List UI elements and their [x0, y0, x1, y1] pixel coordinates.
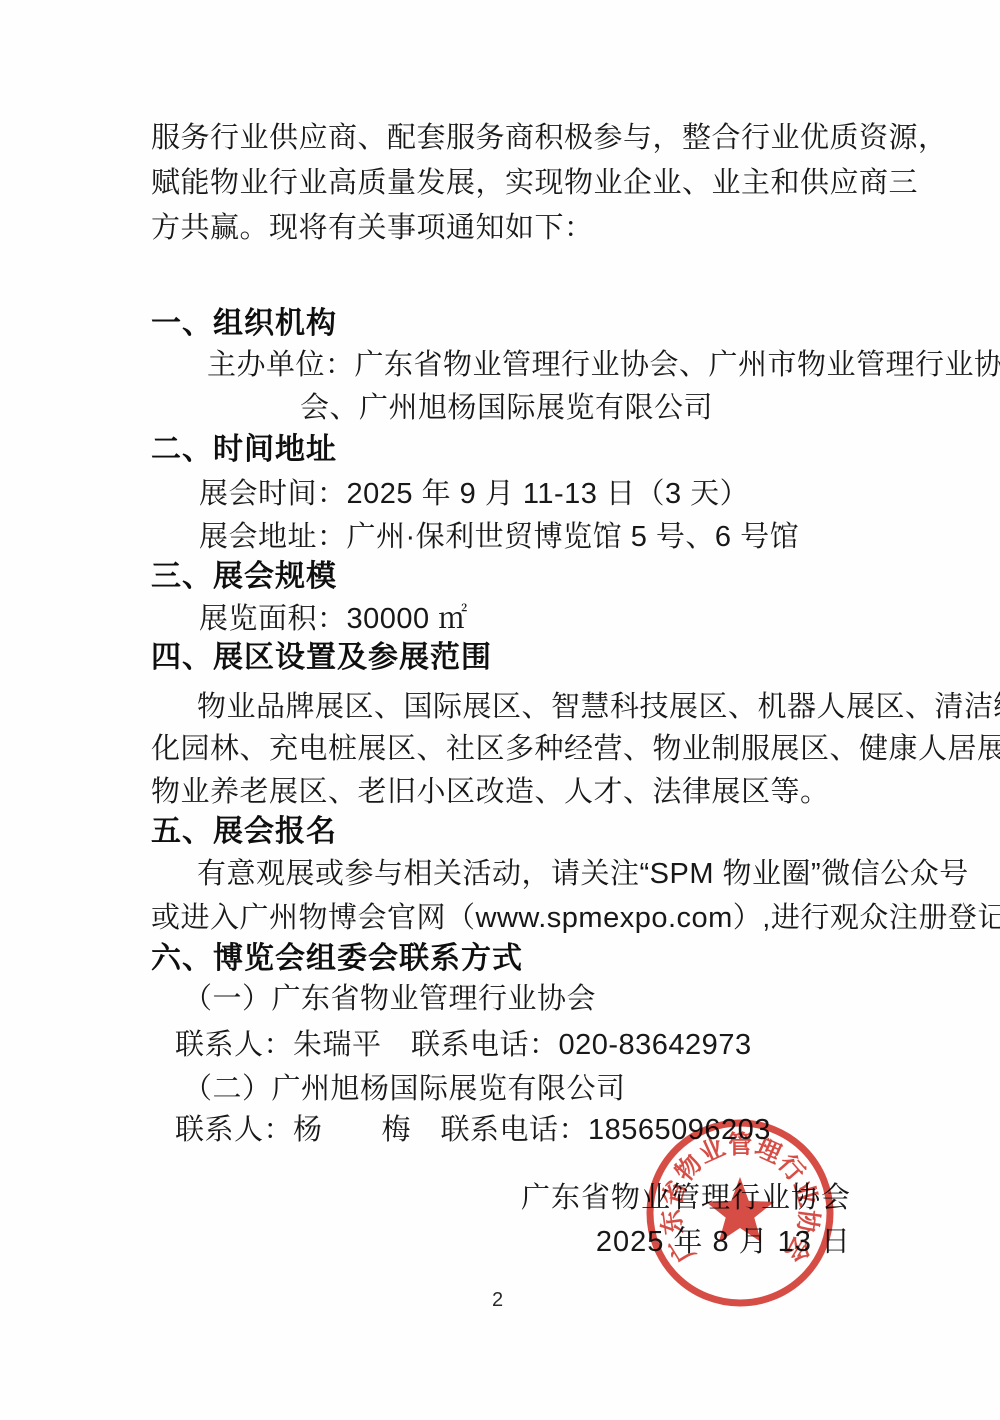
section-6-heading: 六、博览会组委会联系方式: [151, 941, 523, 977]
svg-text:东: 东: [657, 1208, 688, 1236]
contact-org-1-phone: 联系人：朱瑞平 联系电话：020-83642973: [175, 1028, 752, 1063]
section-4-heading: 四、展区设置及参展范围: [151, 640, 492, 676]
page-number: 2: [492, 1289, 503, 1312]
official-seal-stamp: 广东省物业管理行业协会: [643, 1112, 837, 1314]
contact-org-1: （一）广东省物业管理行业协会: [183, 982, 596, 1017]
section-5-heading: 五、展会报名: [151, 814, 337, 850]
expo-time-line: 展会时间：2025 年 9 月 11-13 日（3 天）: [199, 477, 749, 512]
section-3-heading: 三、展会规模: [151, 559, 337, 595]
section-1-line-1: 主办单位：广东省物业管理行业协会、广州市物业管理行业协: [207, 348, 1000, 383]
contact-org-2: （二）广州旭杨国际展览有限公司: [183, 1072, 626, 1107]
intro-line-1: 服务行业供应商、配套服务商积极参与，整合行业优质资源，: [151, 121, 948, 156]
expo-address-line: 展会地址：广州·保利世贸博览馆 5 号、6 号馆: [199, 520, 799, 555]
section-4-line-2: 化园林、充电桩展区、社区多种经营、物业制服展区、健康人居展区、: [151, 732, 1000, 767]
section-1-line-2: 会、广州旭杨国际展览有限公司: [300, 391, 713, 426]
intro-line-3: 方共赢。现将有关事项通知如下：: [151, 211, 594, 246]
section-5-line-2: 或进入广州物博会官网（www.spmexpo.com）,进行观众注册登记。: [151, 901, 1000, 936]
section-4-line-1: 物业品牌展区、国际展区、智慧科技展区、机器人展区、清洁绿: [197, 690, 1000, 725]
svg-text:管: 管: [727, 1130, 752, 1159]
section-1-heading: 一、组织机构: [151, 306, 337, 342]
svg-text:广: 广: [664, 1231, 701, 1267]
seal-star-icon: [706, 1177, 774, 1242]
document-page: 服务行业供应商、配套服务商积极参与，整合行业优质资源， 赋能物业行业高质量发展，…: [0, 0, 1000, 1420]
section-2-heading: 二、时间地址: [151, 432, 337, 468]
intro-line-2: 赋能物业行业高质量发展，实现物业企业、业主和供应商三: [151, 166, 918, 201]
expo-area-line: 展览面积：30000 ㎡: [199, 602, 468, 637]
section-4-line-3: 物业养老展区、老旧小区改造、人才、法律展区等。: [151, 775, 830, 810]
section-5-line-1: 有意观展或参与相关活动，请关注“SPM 物业圈”微信公众号: [197, 857, 969, 892]
